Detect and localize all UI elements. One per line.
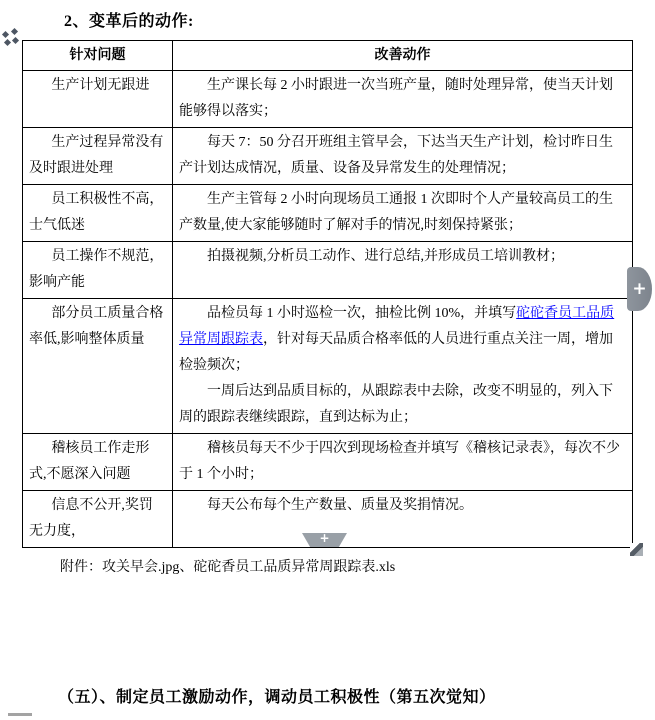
plus-icon: + (632, 281, 646, 298)
table-row: 部分员工质量合格率低,影响整体质量品检员每 1 小时巡检一次，抽检比例 10%，… (23, 299, 633, 434)
action-cell: 稽核员每天不少于四次到现场检查并填写《稽核记录表》，每次不少于 1 个小时； (173, 434, 633, 491)
col-header-action: 改善动作 (173, 41, 633, 71)
table-row: 稽核员工作走形式,不愿深入问题稽核员每天不少于四次到现场检查并填写《稽核记录表》… (23, 434, 633, 491)
add-comment-tab[interactable]: + (627, 267, 652, 311)
action-cell: 拍摄视频,分析员工动作、进行总结,并形成员工培训教材； (173, 242, 633, 299)
table-header-row: 针对问题 改善动作 (23, 41, 633, 71)
table-row: 员工积极性不高，士气低迷生产主管每 2 小时向现场员工通报 1 次即时个人产量较… (23, 185, 633, 242)
table-body: 生产计划无跟进生产课长每 2 小时跟进一次当班产量，随时处理异常，使当天计划能够… (23, 71, 633, 548)
problem-cell: 员工操作不规范，影响产能 (23, 242, 173, 299)
action-cell: 生产课长每 2 小时跟进一次当班产量，随时处理异常，使当天计划能够得以落实； (173, 71, 633, 128)
improvement-actions-table: 针对问题 改善动作 生产计划无跟进生产课长每 2 小时跟进一次当班产量，随时处理… (22, 40, 633, 548)
next-section-heading: （五）、制定员工激励动作，调动员工积极性（第五次觉知） (58, 684, 496, 707)
problem-cell: 生产过程异常没有及时跟进处理 (23, 128, 173, 185)
problem-cell: 生产计划无跟进 (23, 71, 173, 128)
action-cell: 品检员每 1 小时巡检一次，抽检比例 10%，并填写砣砣香员工品质异常周跟踪表，… (173, 299, 633, 434)
table-resize-handle-icon[interactable] (630, 543, 643, 556)
problem-cell: 员工积极性不高，士气低迷 (23, 185, 173, 242)
problem-cell: 稽核员工作走形式,不愿深入问题 (23, 434, 173, 491)
table-move-handle-icon[interactable] (2, 29, 20, 47)
plus-icon: + (319, 533, 329, 544)
col-header-problem: 针对问题 (23, 41, 173, 71)
action-cell: 生产主管每 2 小时向现场员工通报 1 次即时个人产量较高员工的生产数量,使大家… (173, 185, 633, 242)
table-row: 生产过程异常没有及时跟进处理每天 7：50 分召开班组主管早会，下达当天生产计划… (23, 128, 633, 185)
section-heading: 2、变革后的动作: (0, 0, 655, 40)
table-row: 生产计划无跟进生产课长每 2 小时跟进一次当班产量，随时处理异常，使当天计划能够… (23, 71, 633, 128)
partial-element-line (8, 713, 32, 716)
tracking-sheet-link[interactable]: 砣砣香员工品质异常周跟踪表 (179, 306, 614, 347)
action-cell: 每天 7：50 分召开班组主管早会，下达当天生产计划，检讨昨日生产计划达成情况，… (173, 128, 633, 185)
attachments-line: 附件：攻关早会.jpg、砣砣香员工品质异常周跟踪表.xls (60, 557, 655, 579)
action-cell: 每天公布每个生产数量、质量及奖捐情况。 (173, 491, 633, 548)
problem-cell: 部分员工质量合格率低,影响整体质量 (23, 299, 173, 434)
document-page: 2、变革后的动作: 针对问题 改善动作 生产计划无跟进生产课长每 2 小时跟进一… (0, 0, 655, 720)
table-row: 员工操作不规范，影响产能拍摄视频,分析员工动作、进行总结,并形成员工培训教材； (23, 242, 633, 299)
problem-cell: 信息不公开,奖罚无力度， (23, 491, 173, 548)
